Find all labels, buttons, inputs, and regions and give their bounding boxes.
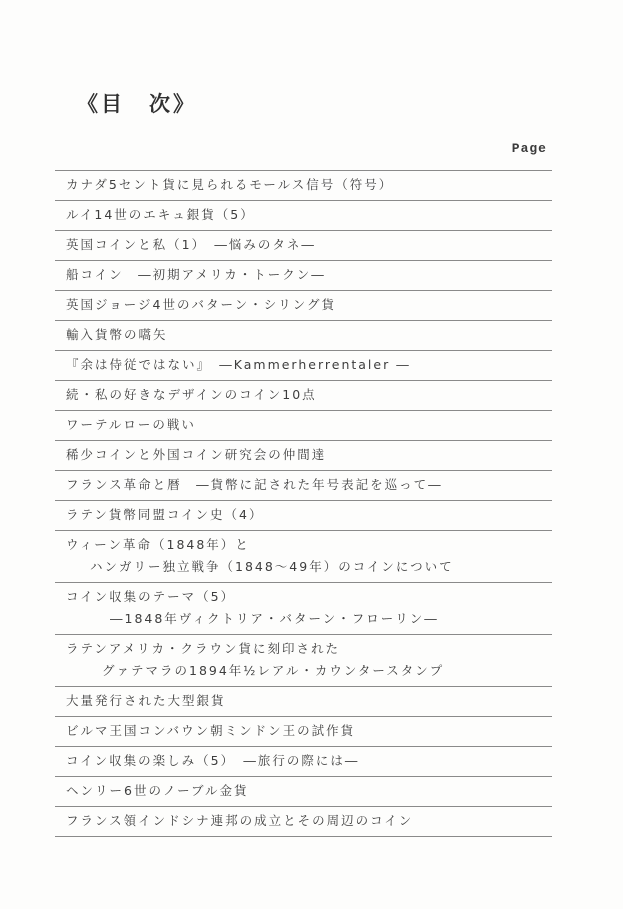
toc-row: ラテン貨幣同盟コイン史（4）: [55, 501, 552, 531]
toc-entry-text: 船コイン ―初期アメリカ・トークン―: [66, 267, 552, 283]
toc-row: フランス革命と暦 ―貨幣に記された年号表記を巡って―: [55, 471, 552, 501]
toc-entry-text: コイン収集の楽しみ（5） ―旅行の際には―: [66, 753, 552, 769]
toc-entry-text: フランス革命と暦 ―貨幣に記された年号表記を巡って―: [66, 477, 552, 493]
toc-row: ルイ14世のエキュ銀貨（5）: [55, 201, 552, 231]
toc-row: 英国ジョージ4世のバターン・シリング貨: [55, 291, 552, 321]
toc-entry-text: ハンガリー独立戦争（1848～49年）のコインについて: [66, 559, 552, 575]
toc-entry-text: ウィーン革命（1848年）と: [66, 537, 552, 553]
toc-row: コイン収集の楽しみ（5） ―旅行の際には―: [55, 747, 552, 777]
toc-row: 『余は侍従ではない』 ―Kammerherrentaler ―: [55, 351, 552, 381]
toc-row: ウィーン革命（1848年）とハンガリー独立戦争（1848～49年）のコインについ…: [55, 531, 552, 583]
toc-entry-text: ヘンリー6世のノーブル金貨: [66, 783, 552, 799]
toc-row: ラテンアメリカ・クラウン貨に刻印されたグァテマラの1894年½レアル・カウンター…: [55, 635, 552, 687]
toc-row: コイン収集のテーマ（5）―1848年ヴィクトリア・バターン・フローリン―: [55, 583, 552, 635]
toc-entry-text: ワーテルローの戦い: [66, 417, 552, 433]
toc-entry-text: 英国コインと私（1） ―悩みのタネ―: [66, 237, 552, 253]
toc-entry-text: フランス領インドシナ連邦の成立とその周辺のコイン: [66, 813, 552, 829]
toc-entry-text: ラテン貨幣同盟コイン史（4）: [66, 507, 552, 523]
toc-entry-text: 大量発行された大型銀貨: [66, 693, 552, 709]
toc-entry-text: 続・私の好きなデザインのコイン10点: [66, 387, 552, 403]
toc-row: フランス領インドシナ連邦の成立とその周辺のコイン: [55, 807, 552, 837]
toc-row: 船コイン ―初期アメリカ・トークン―: [55, 261, 552, 291]
toc-entry-text: 稀少コインと外国コイン研究会の仲間達: [66, 447, 552, 463]
toc-row: カナダ5セント貨に見られるモールス信号（符号）: [55, 171, 552, 201]
document-page: 《目 次》 Page カナダ5セント貨に見られるモールス信号（符号）ルイ14世の…: [0, 0, 623, 909]
toc-row: ワーテルローの戦い: [55, 411, 552, 441]
toc-entry-text: グァテマラの1894年½レアル・カウンタースタンプ: [66, 663, 552, 679]
toc-row: 稀少コインと外国コイン研究会の仲間達: [55, 441, 552, 471]
page-column-label: Page: [512, 141, 547, 156]
toc-entry-text: ビルマ王国コンバウン朝ミンドン王の試作貨: [66, 723, 552, 739]
toc-entry-text: ラテンアメリカ・クラウン貨に刻印された: [66, 641, 552, 657]
toc-entry-text: 英国ジョージ4世のバターン・シリング貨: [66, 297, 552, 313]
toc-row: 輸入貨幣の嚆矢: [55, 321, 552, 351]
toc-entry-text: 『余は侍従ではない』 ―Kammerherrentaler ―: [66, 357, 552, 373]
toc-entry-text: コイン収集のテーマ（5）: [66, 589, 552, 605]
toc-entry-text: 輸入貨幣の嚆矢: [66, 327, 552, 343]
toc-entry-text: ルイ14世のエキュ銀貨（5）: [66, 207, 552, 223]
toc-entry-text: カナダ5セント貨に見られるモールス信号（符号）: [66, 177, 552, 193]
toc-entry-text: ―1848年ヴィクトリア・バターン・フローリン―: [66, 611, 552, 627]
page-title: 《目 次》: [77, 88, 197, 118]
toc-row: ビルマ王国コンバウン朝ミンドン王の試作貨: [55, 717, 552, 747]
toc-row: ヘンリー6世のノーブル金貨: [55, 777, 552, 807]
toc-row: 大量発行された大型銀貨: [55, 687, 552, 717]
toc-list: カナダ5セント貨に見られるモールス信号（符号）ルイ14世のエキュ銀貨（5）英国コ…: [55, 170, 552, 837]
toc-row: 続・私の好きなデザインのコイン10点: [55, 381, 552, 411]
toc-row: 英国コインと私（1） ―悩みのタネ―: [55, 231, 552, 261]
